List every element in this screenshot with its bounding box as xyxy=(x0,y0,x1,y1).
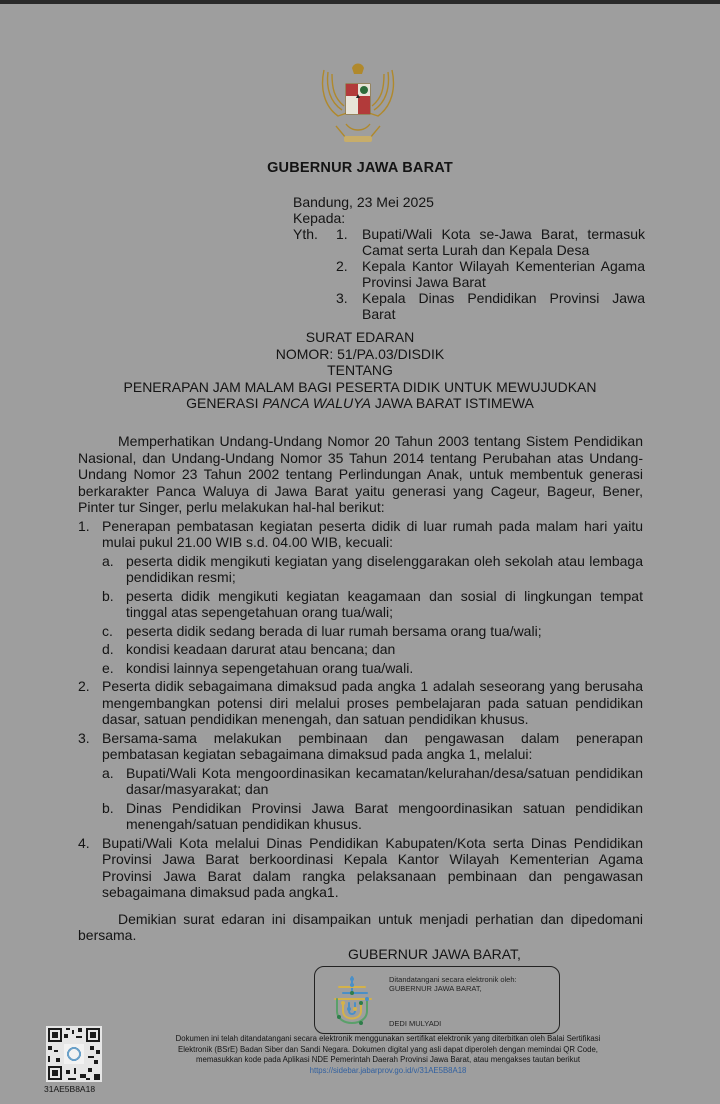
to-label: Kepada: xyxy=(293,210,645,226)
circular-title: SURAT EDARAN NOMOR: 51/PA.03/DISDIK TENT… xyxy=(0,329,720,412)
top-bar xyxy=(0,0,720,4)
list-item-1: 1. Penerapan pembatasan kegiatan peserta… xyxy=(78,518,643,677)
recipient-item: 3. Kepala Dinas Pendidikan Provinsi Jawa… xyxy=(293,290,645,322)
recipient-item: 2. Kepala Kantor Wilayah Kementerian Aga… xyxy=(293,258,645,290)
letterhead-title: GUBERNUR JAWA BARAT xyxy=(0,160,720,176)
recipient-item: Yth. 1. Bupati/Wali Kota se-Jawa Barat, … xyxy=(293,226,645,258)
qr-code[interactable] xyxy=(46,1026,102,1082)
list-item-2: 2. Peserta didik sebagaimana dimaksud pa… xyxy=(78,678,643,728)
sub-item: e.kondisi lainnya sepengetahuan orang tu… xyxy=(102,660,643,677)
list-item-3: 3. Bersama-sama melakukan pembinaan dan … xyxy=(78,730,643,833)
signer-name: DEDI MULYADI xyxy=(389,1019,441,1028)
e-signature-box: Ditandatangani secara elektronik oleh: G… xyxy=(314,966,560,1034)
doc-type: SURAT EDARAN xyxy=(0,329,720,346)
sub-item: b.peserta didik mengikuti kegiatan keaga… xyxy=(102,588,643,621)
signature-title: GUBERNUR JAWA BARAT, xyxy=(348,946,521,962)
doc-number: NOMOR: 51/PA.03/DISDIK xyxy=(0,346,720,363)
doc-about-label: TENTANG xyxy=(0,362,720,379)
closing-paragraph: Demikian surat edaran ini disampaikan un… xyxy=(78,911,643,944)
garuda-emblem-icon xyxy=(316,58,400,150)
sub-item: c.peserta didik sedang berada di luar ru… xyxy=(102,623,643,640)
doc-subject-line2: GENERASI PANCA WALUYA JAWA BARAT ISTIMEW… xyxy=(0,395,720,412)
signed-by-label: Ditandatangani secara elektronik oleh: xyxy=(389,975,517,984)
sub-item: a.peserta didik mengikuti kegiatan yang … xyxy=(102,553,643,586)
sub-item: d.kondisi keadaan darurat atau bencana; … xyxy=(102,641,643,658)
sub-item: b.Dinas Pendidikan Provinsi Jawa Barat m… xyxy=(102,800,643,833)
yth-label: Yth. xyxy=(293,226,336,258)
place-date: Bandung, 23 Mei 2025 xyxy=(293,194,645,210)
verification-link[interactable]: https://sidebar.jabarprov.go.id/v/31AE5B… xyxy=(128,1066,648,1077)
footer-disclaimer: Dokumen ini telah ditandatangani secara … xyxy=(128,1034,648,1076)
letter-body: Memperhatikan Undang-Undang Nomor 20 Tah… xyxy=(78,433,643,944)
signed-by-office: GUBERNUR JAWA BARAT, xyxy=(389,984,517,993)
list-item-4: 4. Bupati/Wali Kota melalui Dinas Pendid… xyxy=(78,835,643,901)
bsre-logo-icon xyxy=(327,973,377,1029)
qr-code-text: 31AE5B8A18 xyxy=(44,1084,95,1094)
address-block: Bandung, 23 Mei 2025 Kepada: Yth. 1. Bup… xyxy=(293,194,645,322)
doc-subject-line1: PENERAPAN JAM MALAM BAGI PESERTA DIDIK U… xyxy=(0,379,720,396)
sub-item: a.Bupati/Wali Kota mengoordinasikan keca… xyxy=(102,765,643,798)
intro-paragraph: Memperhatikan Undang-Undang Nomor 20 Tah… xyxy=(78,433,643,516)
